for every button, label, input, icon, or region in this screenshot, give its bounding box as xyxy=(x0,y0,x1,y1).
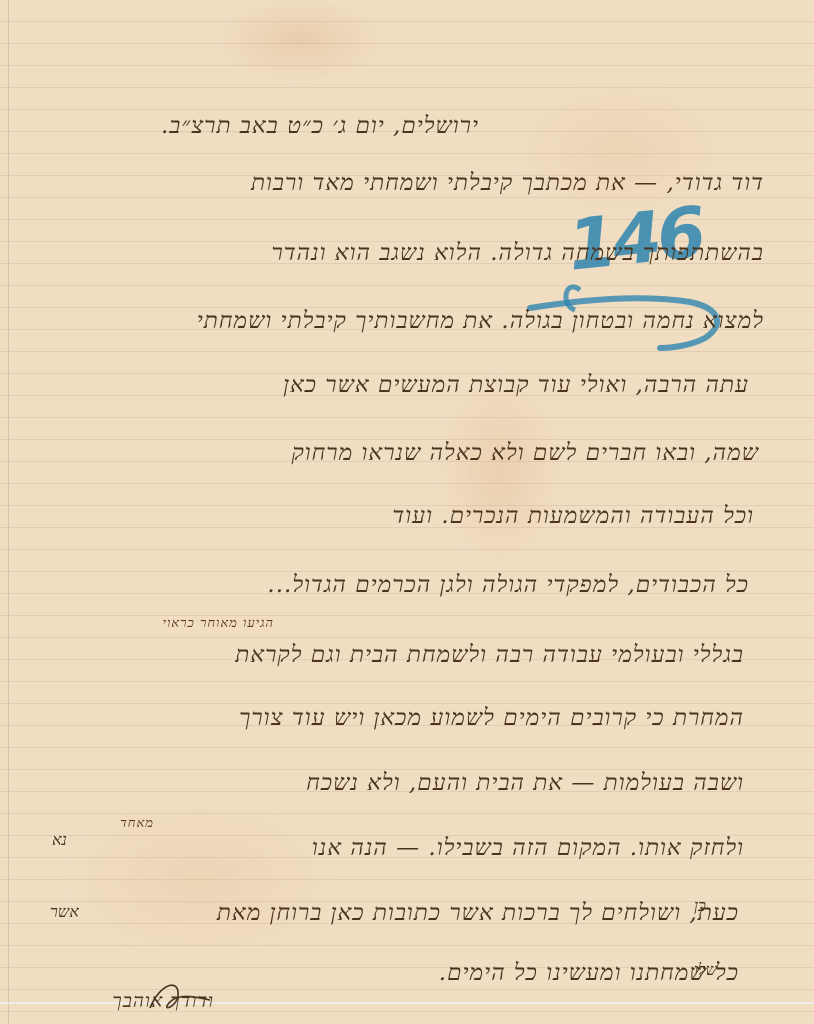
letter-line-3: למצוא נחמה ובטחון בגולה. את מחשבותיך קיב… xyxy=(197,308,764,334)
signature-flourish-icon xyxy=(140,978,220,1018)
left-margin-line xyxy=(8,0,9,1024)
letter-line-5: שמה, ובאו חברים לשם ולא כאלה שנראו מרחוק xyxy=(291,440,759,466)
letter-line-10: ושבה בעולמות — את הבית והעם, ולא נשכח xyxy=(306,770,744,796)
letter-line-8: בגללי ובעולמי עבודה רבה ולשמחת הבית וגם … xyxy=(235,642,744,668)
letter-line-7: כל הכבודים, למפקדי הגולה ולגן הכרמים הגד… xyxy=(267,572,749,598)
letter-line-1: דוד גדודי, — את מכתבך קיבלתי ושמחתי מאד … xyxy=(251,170,764,196)
interlinear-note: הגיעו מאוחר כראוי xyxy=(163,615,274,631)
letter-line-4: עתה הרבה, ואולי עוד קבוצת המעשים אשר כאן xyxy=(283,372,749,398)
letter-line-12: כעת, ושולחים לך ברכות אשר כתובות כאן ברו… xyxy=(217,900,739,926)
archive-number-annotation: 146 xyxy=(564,191,706,287)
letter-line-11: ולחזק אותו. המקום הזה בשבילו. — הנה אנו xyxy=(312,835,744,861)
letter-line-2: בהשתתפותך בשמחה גדולה. הלוא נשגב הוא ונה… xyxy=(271,240,764,266)
letter-line-9: המחרת כי קרובים הימים לשמוע מכאן ויש עוד… xyxy=(239,705,744,731)
margin-note-left-lower: אשר xyxy=(50,902,79,922)
small-above-word: מאחד xyxy=(120,815,154,831)
letter-line-6: וכל העבודה והמשמעות הנכרים. ועוד xyxy=(392,503,754,529)
letter-heading: ירושלים, יום ג׳ כ״ט באב תרצ״ב. xyxy=(161,113,479,139)
margin-note-left-upper: נא xyxy=(52,830,67,850)
margin-note-right-lower: שלו xyxy=(694,960,717,980)
margin-note-right-upper: כן xyxy=(694,896,706,916)
